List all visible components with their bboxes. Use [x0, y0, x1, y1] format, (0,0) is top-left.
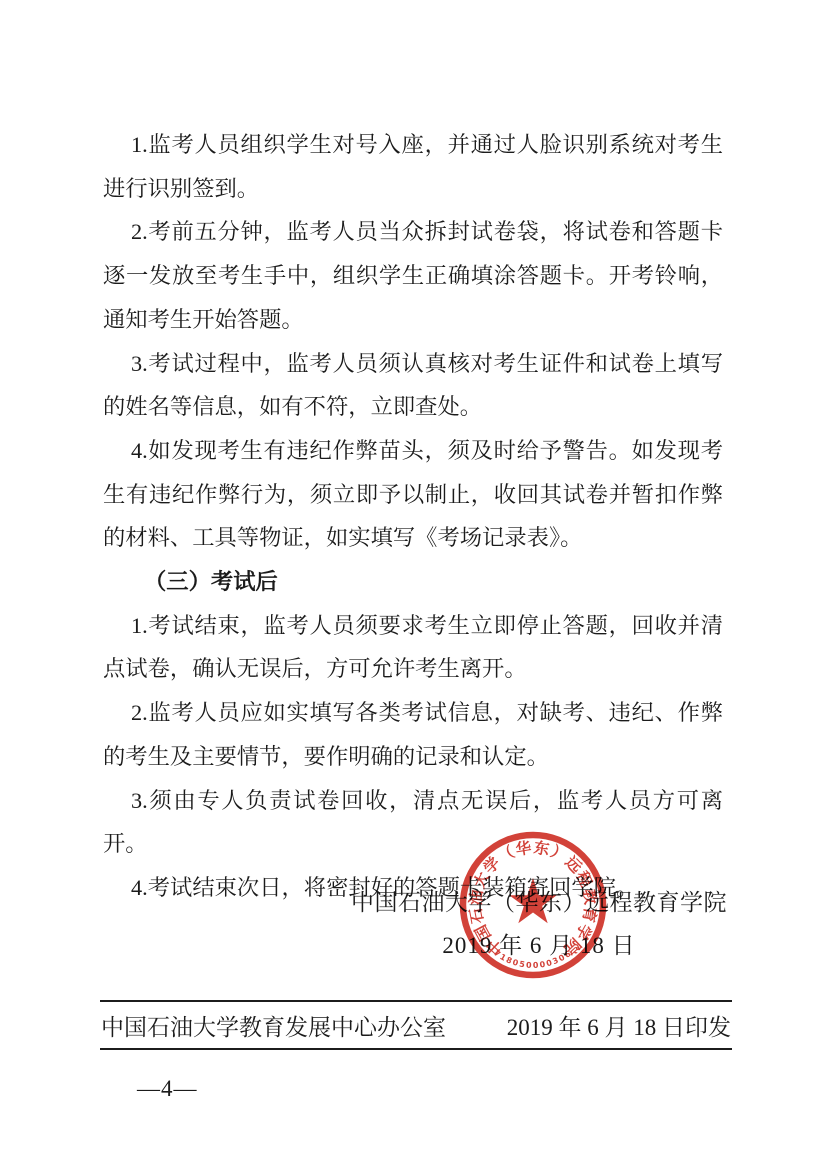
body-paragraph-3: 3.考试过程中，监考人员须认真核对考生证件和试卷上填写的姓名等信息，如有不符，立…	[103, 342, 723, 429]
body-paragraph-6: 2.监考人员应如实填写各类考试信息，对缺考、违纪、作弊的考生及主要情节，要作明确…	[103, 691, 723, 778]
document-body: 1.监考人员组织学生对号入座，并通过人脸识别系统对考生进行识别签到。 2.考前五…	[103, 123, 723, 910]
body-paragraph-5: 1.考试结束，监考人员须要求考生立即停止答题，回收并清点试卷，确认无误后，方可允…	[103, 604, 723, 691]
body-paragraph-4: 4.如发现考生有违纪作弊苗头，须及时给予警告。如发现考生有违纪作弊行为，须立即予…	[103, 429, 723, 560]
footer-issuing-office: 中国石油大学教育发展中心办公室	[101, 1009, 446, 1042]
signature-block: 中国石油大学（华东）远程教育学院 2019 年 6 月 18 日	[351, 889, 727, 960]
footer-print-date: 2019 年 6 月 18 日印发	[507, 1009, 731, 1042]
body-paragraph-2: 2.考前五分钟，监考人员当众拆封试卷袋，将试卷和答题卡逐一发放至考生手中，组织学…	[103, 210, 723, 341]
footer: 中国石油大学教育发展中心办公室 2019 年 6 月 18 日印发	[100, 1000, 732, 1050]
document-page: 1.监考人员组织学生对号入座，并通过人脸识别系统对考生进行识别签到。 2.考前五…	[0, 0, 828, 1170]
body-paragraph-1: 1.监考人员组织学生对号入座，并通过人脸识别系统对考生进行识别签到。	[103, 123, 723, 210]
body-paragraph-7: 3.须由专人负责试卷回收，清点无误后，监考人员方可离开。	[103, 779, 723, 866]
signature-org: 中国石油大学（华东）远程教育学院	[351, 889, 727, 917]
section-heading-after-exam: （三）考试后	[103, 560, 723, 604]
page-number: —4—	[137, 1076, 198, 1102]
signature-date: 2019 年 6 月 18 日	[351, 932, 727, 960]
